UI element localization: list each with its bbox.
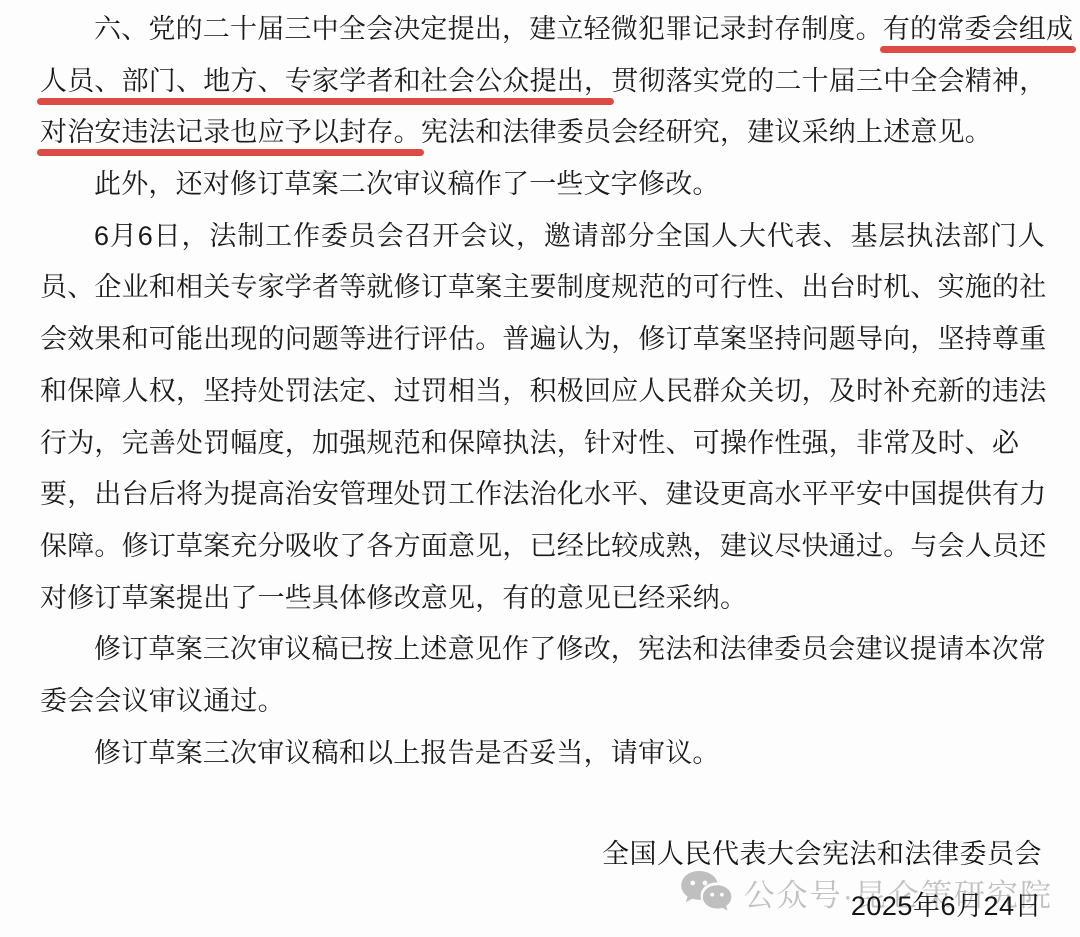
text-segment: 宪法和法律委员会经研究，建议采纳上述意见。 xyxy=(421,117,992,147)
text-segment: 此外，还对修订草案二次审议稿作了一些文字修改。 xyxy=(94,169,720,199)
text-segment: 6月6日，法制工作委员会召开会议，邀请部分全国人大代表、基层执法部门人 xyxy=(94,221,1045,251)
document-line: 六、党的二十届三中全会决定提出，建立轻微犯罪记录封存制度。有的常委会组成 xyxy=(40,4,1045,56)
text-segment: 委会会议审议通过。 xyxy=(40,686,285,716)
document-line: 保障。修订草案充分吸收了各方面意见，已经比较成熟，建议尽快通过。与会人员还 xyxy=(40,521,1045,573)
document-line: 修订草案三次审议稿已按上述意见作了修改，宪法和法律委员会建议提请本次常 xyxy=(40,624,1045,676)
text-segment: 和保障人权，坚持处罚法定、过罚相当，积极回应人民群众关切，及时补充新的违法 xyxy=(40,376,1046,406)
document-page: 六、党的二十届三中全会决定提出，建立轻微犯罪记录封存制度。有的常委会组成人员、部… xyxy=(0,0,1080,933)
document-date: 2025年6月24日 xyxy=(40,881,1042,933)
document-line: 会效果和可能出现的问题等进行评估。普遍认为，修订草案坚持问题导向，坚持尊重 xyxy=(40,314,1045,366)
document-line: 此外，还对修订草案二次审议稿作了一些文字修改。 xyxy=(40,159,1045,211)
underlined-text: 对治安违法记录也应予以封存。 xyxy=(40,117,421,147)
text-segment: 贯彻落实党的二十届三中全会精神， xyxy=(611,66,1046,96)
document-footer: 公众号·昆仑策研究院 全国人民代表大会宪法和法律委员会 2025年6月24日 xyxy=(40,829,1045,932)
document-line: 对治安违法记录也应予以封存。宪法和法律委员会经研究，建议采纳上述意见。 xyxy=(40,107,1045,159)
text-segment: 修订草案三次审议稿已按上述意见作了修改，宪法和法律委员会建议提请本次常 xyxy=(94,634,1046,664)
document-lines: 六、党的二十届三中全会决定提出，建立轻微犯罪记录封存制度。有的常委会组成人员、部… xyxy=(40,4,1045,779)
text-segment: 六、党的二十届三中全会决定提出，建立轻微犯罪记录封存制度。 xyxy=(94,14,883,44)
underlined-text: 人员、部门、地方、专家学者和社会公众提出， xyxy=(40,66,611,96)
text-segment: 修订草案三次审议稿和以上报告是否妥当，请审议。 xyxy=(94,738,720,768)
document-line: 6月6日，法制工作委员会召开会议，邀请部分全国人大代表、基层执法部门人 xyxy=(40,211,1045,263)
underlined-text: 有的常委会组成 xyxy=(883,14,1073,44)
document-line: 员、企业和相关专家学者等就修订草案主要制度规范的可行性、出台时机、实施的社 xyxy=(40,262,1045,314)
document-line: 和保障人权，坚持处罚法定、过罚相当，积极回应人民群众关切，及时补充新的违法 xyxy=(40,366,1045,418)
text-segment: 保障。修订草案充分吸收了各方面意见，已经比较成熟，建议尽快通过。与会人员还 xyxy=(40,531,1046,561)
text-segment: 对修订草案提出了一些具体修改意见，有的意见已经采纳。 xyxy=(40,583,747,613)
text-segment: 行为，完善处罚幅度，加强规范和保障执法，针对性、可操作性强，非常及时、必 xyxy=(40,428,1019,458)
document-line: 行为，完善处罚幅度，加强规范和保障执法，针对性、可操作性强，非常及时、必 xyxy=(40,418,1045,470)
text-segment: 要，出台后将为提高治安管理处罚工作法治化水平、建设更高水平平安中国提供有力 xyxy=(40,479,1046,509)
document-line: 修订草案三次审议稿和以上报告是否妥当，请审议。 xyxy=(40,728,1045,780)
text-segment: 员、企业和相关专家学者等就修订草案主要制度规范的可行性、出台时机、实施的社 xyxy=(40,272,1046,302)
document-line: 委会会议审议通过。 xyxy=(40,676,1045,728)
text-segment: 会效果和可能出现的问题等进行评估。普遍认为，修订草案坚持问题导向，坚持尊重 xyxy=(40,324,1046,354)
document-line: 对修订草案提出了一些具体修改意见，有的意见已经采纳。 xyxy=(40,573,1045,625)
document-line: 要，出台后将为提高治安管理处罚工作法治化水平、建设更高水平平安中国提供有力 xyxy=(40,469,1045,521)
signature: 全国人民代表大会宪法和法律委员会 xyxy=(40,829,1042,881)
document-line: 人员、部门、地方、专家学者和社会公众提出，贯彻落实党的二十届三中全会精神， xyxy=(40,56,1045,108)
